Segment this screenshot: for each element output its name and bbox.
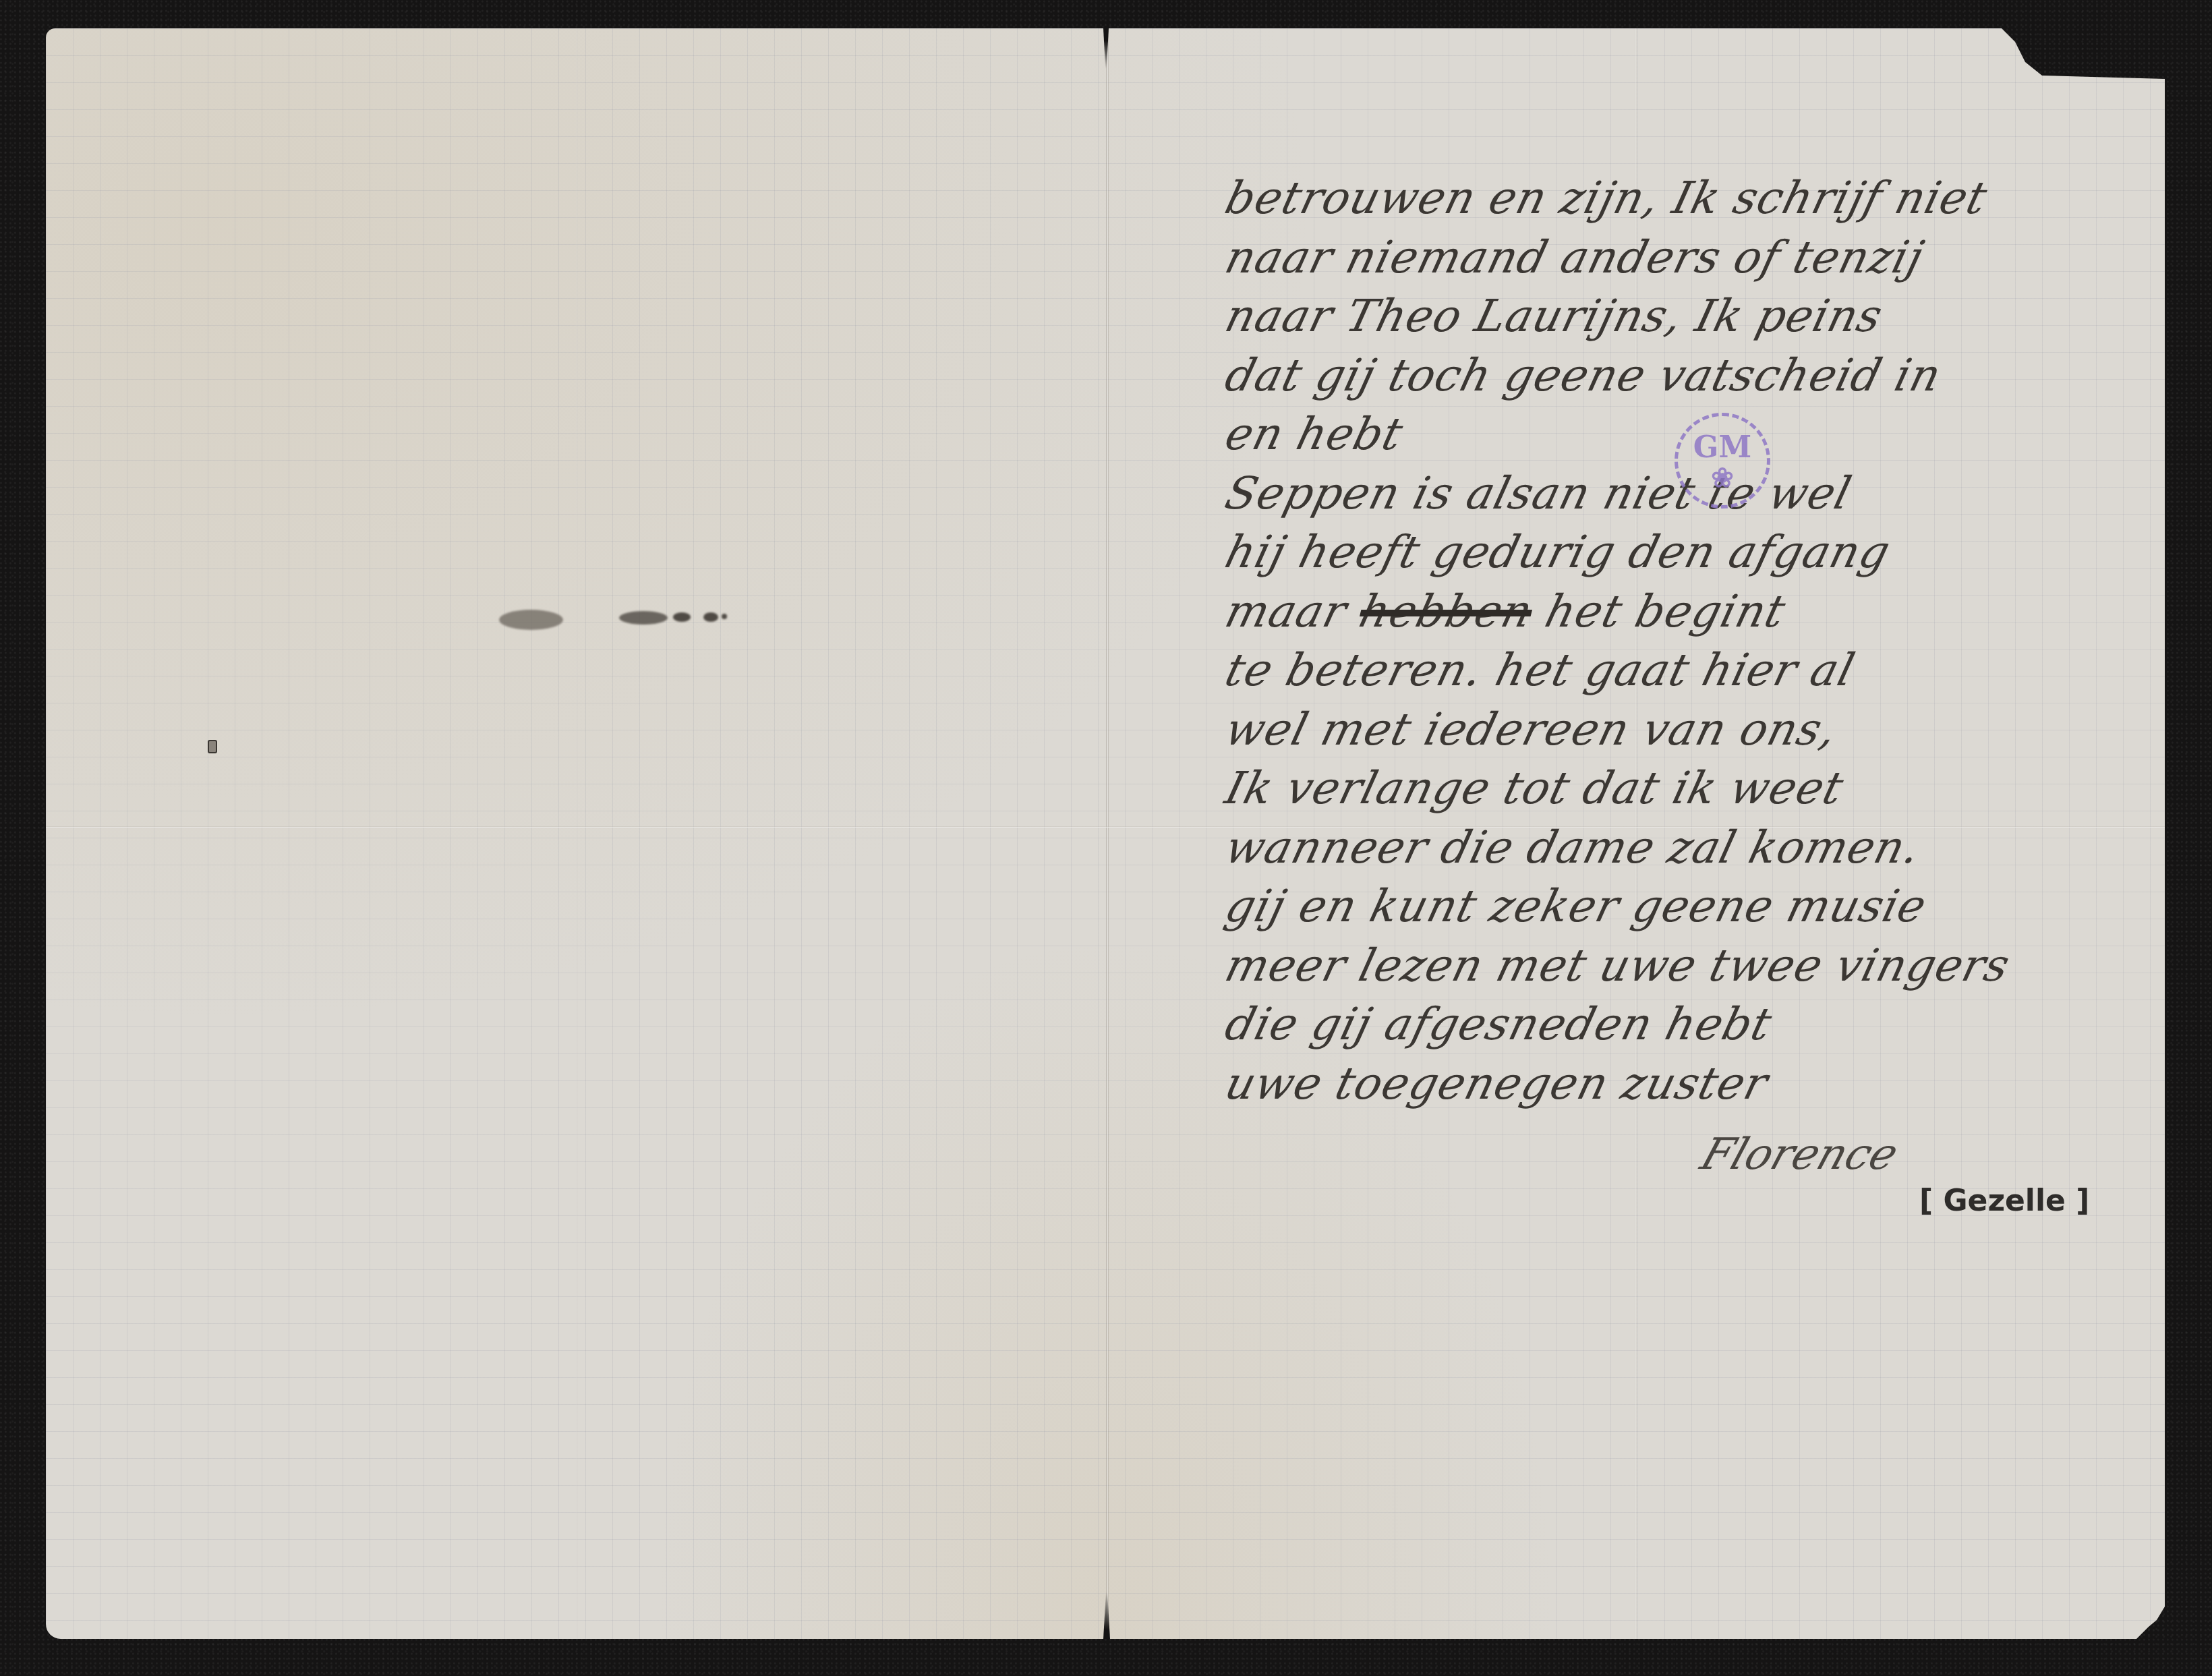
stamp-monogram: GM [1693, 430, 1751, 465]
letter-line: naar niemand anders of tenzij [1219, 228, 2138, 287]
ink-mark [208, 740, 217, 753]
struck-word: hebben [1354, 585, 1538, 637]
letter-line: uwe toegenegen zuster [1219, 1054, 2138, 1114]
ink-blot [722, 614, 727, 619]
ink-blot [673, 612, 691, 622]
letter-line: te beteren. het gaat hier al [1219, 641, 2138, 700]
letter-line: gij en kunt zeker geene musie [1219, 877, 2138, 936]
letter-word: maar [1220, 585, 1352, 637]
ink-blot [619, 611, 668, 625]
signature: Florence [1695, 1130, 1904, 1180]
letter-word: het begint [1540, 585, 1791, 637]
letter-line: hij heeft gedurig den afgang [1219, 523, 2138, 582]
ink-blot [499, 610, 563, 630]
letter-line: betrouwen en zijn, Ik schrijf niet [1219, 169, 2138, 228]
ink-blot [703, 612, 718, 622]
letter-line: Ik verlange tot dat ik weet [1219, 759, 2138, 818]
bee-icon: ❀ [1711, 465, 1734, 492]
archival-annotation: [ Gezelle ] [1919, 1184, 2089, 1218]
letter-line: die gij afgesneden hebt [1219, 995, 2138, 1054]
archive-stamp: GM ❀ [1675, 413, 1770, 509]
letter-line: dat gij toch geene vatscheid in [1219, 346, 2138, 405]
center-fold [1106, 28, 1109, 1639]
letter-line: naar Theo Laurijns, Ik peins [1219, 287, 2138, 346]
vertical-fold-left [576, 28, 578, 1639]
letter-line: wel met iedereen van ons, [1219, 700, 2138, 759]
letter-line: meer lezen met uwe twee vingers [1219, 936, 2138, 995]
letter-line-with-strikethrough: maar hebben het begint [1219, 582, 2138, 641]
handwritten-letter-body: betrouwen en zijn, Ik schrijf niet naar … [1219, 169, 2123, 1113]
letter-line: wanneer die dame zal komen. [1219, 818, 2138, 877]
fold-tear-bottom [1103, 1592, 1110, 1639]
